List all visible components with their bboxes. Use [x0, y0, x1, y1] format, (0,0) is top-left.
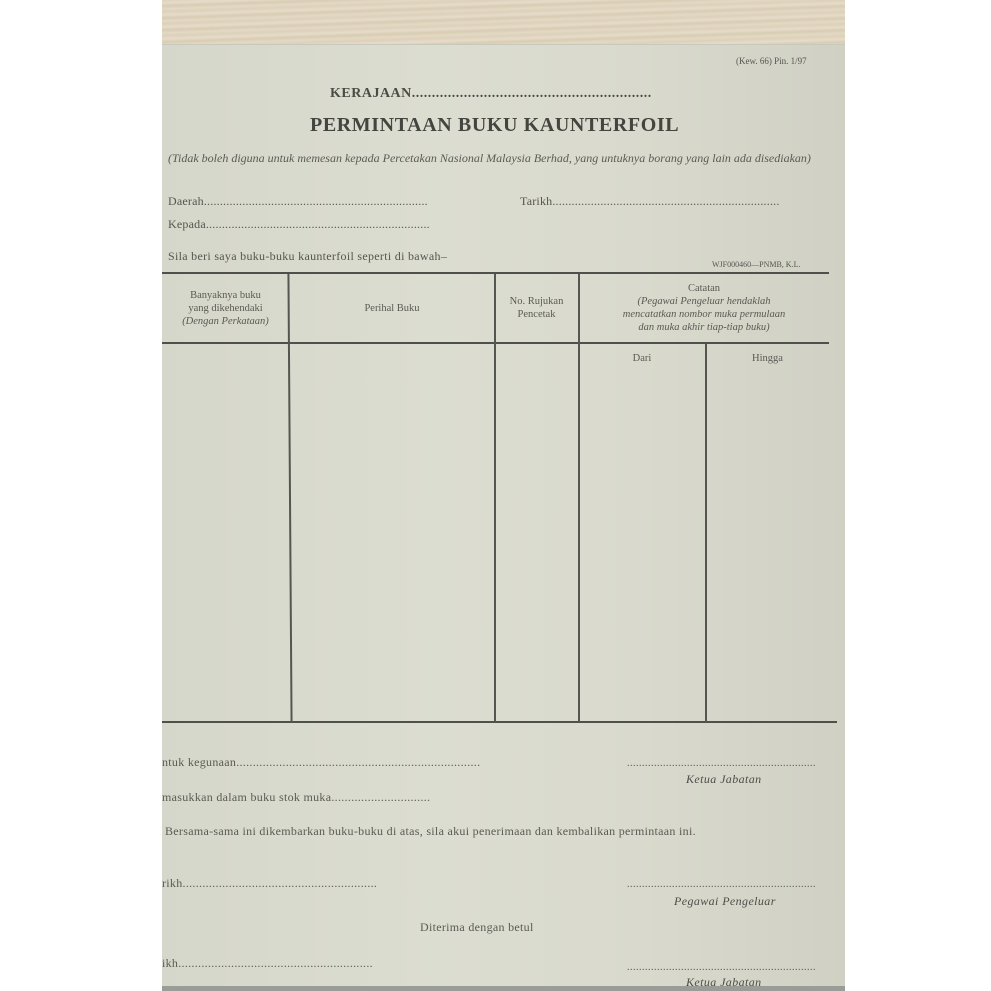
acknowledgement-text: Bersama-sama ini dikembarkan buku-buku d… [165, 824, 696, 839]
cell-dari[interactable] [580, 368, 705, 721]
untuk-kegunaan-field[interactable]: ntuk kegunaan...........................… [162, 755, 480, 770]
printer-reference: WJF000460—PNMB, K.L. [712, 260, 800, 269]
cell-no-rujukan[interactable] [496, 344, 578, 721]
header-text: mencatatkan nombor muka permulaan [623, 309, 785, 320]
header-text: (Dengan Perkataan) [182, 316, 269, 327]
subheader-hingga: Hingga [706, 352, 829, 365]
table-bottom-border [162, 721, 837, 723]
subheader-dari: Dari [579, 352, 705, 365]
header-perihal-buku: Perihal Buku [290, 302, 494, 315]
header-text: Catatan [579, 282, 829, 295]
header-text: Perihal Buku [290, 302, 494, 315]
kepada-field[interactable]: Kepada..................................… [168, 217, 430, 232]
ketua-jabatan-signature-line-2[interactable]: ........................................… [627, 962, 816, 973]
ketua-jabatan-label-2: Ketua Jabatan [686, 975, 762, 990]
cell-perihal-buku[interactable] [291, 344, 494, 721]
header-banyaknya-buku: Banyaknya buku yang dikehendaki (Dengan … [162, 289, 289, 328]
header-text: (Pegawai Pengeluar hendaklah [638, 296, 771, 307]
instruction-text: Sila beri saya buku-buku kaunterfoil sep… [168, 249, 447, 264]
kerajaan-field[interactable]: KERAJAAN................................… [330, 86, 652, 102]
pegawai-pengeluar-label: Pegawai Pengeluar [674, 894, 776, 909]
wooden-desk-background [162, 0, 845, 44]
header-text: Banyaknya buku [162, 289, 289, 302]
header-text: No. Rujukan [495, 295, 578, 308]
diterima-text: Diterima dengan betul [420, 920, 534, 935]
header-text: dan muka akhir tiap-tiap buku) [638, 322, 769, 333]
cell-banyaknya-buku[interactable] [162, 344, 289, 721]
form-code: (Kew. 66) Pin. 1/97 [736, 56, 807, 66]
cell-hingga[interactable] [707, 368, 829, 721]
header-catatan: Catatan (Pegawai Pengeluar hendaklah men… [579, 282, 829, 334]
tarikh-field[interactable]: Tarikh..................................… [520, 194, 780, 209]
header-text: Pencetak [495, 308, 578, 321]
ketua-jabatan-signature-line-1[interactable]: ........................................… [627, 758, 816, 769]
form-title: PERMINTAAN BUKU KAUNTERFOIL [310, 114, 679, 137]
form-note: (Tidak boleh diguna untuk memesan kepada… [168, 150, 832, 167]
tarikh-field-1[interactable]: rikh....................................… [162, 876, 377, 891]
tarikh-field-2[interactable]: ikh.....................................… [162, 956, 373, 971]
pegawai-pengeluar-signature-line[interactable]: ........................................… [627, 879, 816, 890]
buku-stok-field[interactable]: masukkan dalam buku stok muka...........… [162, 790, 430, 805]
header-no-rujukan: No. Rujukan Pencetak [495, 295, 578, 321]
ketua-jabatan-label-1: Ketua Jabatan [686, 772, 762, 787]
header-text: yang dikehendaki [162, 302, 289, 315]
daerah-field[interactable]: Daerah..................................… [168, 194, 428, 209]
table-top-border [162, 272, 829, 274]
